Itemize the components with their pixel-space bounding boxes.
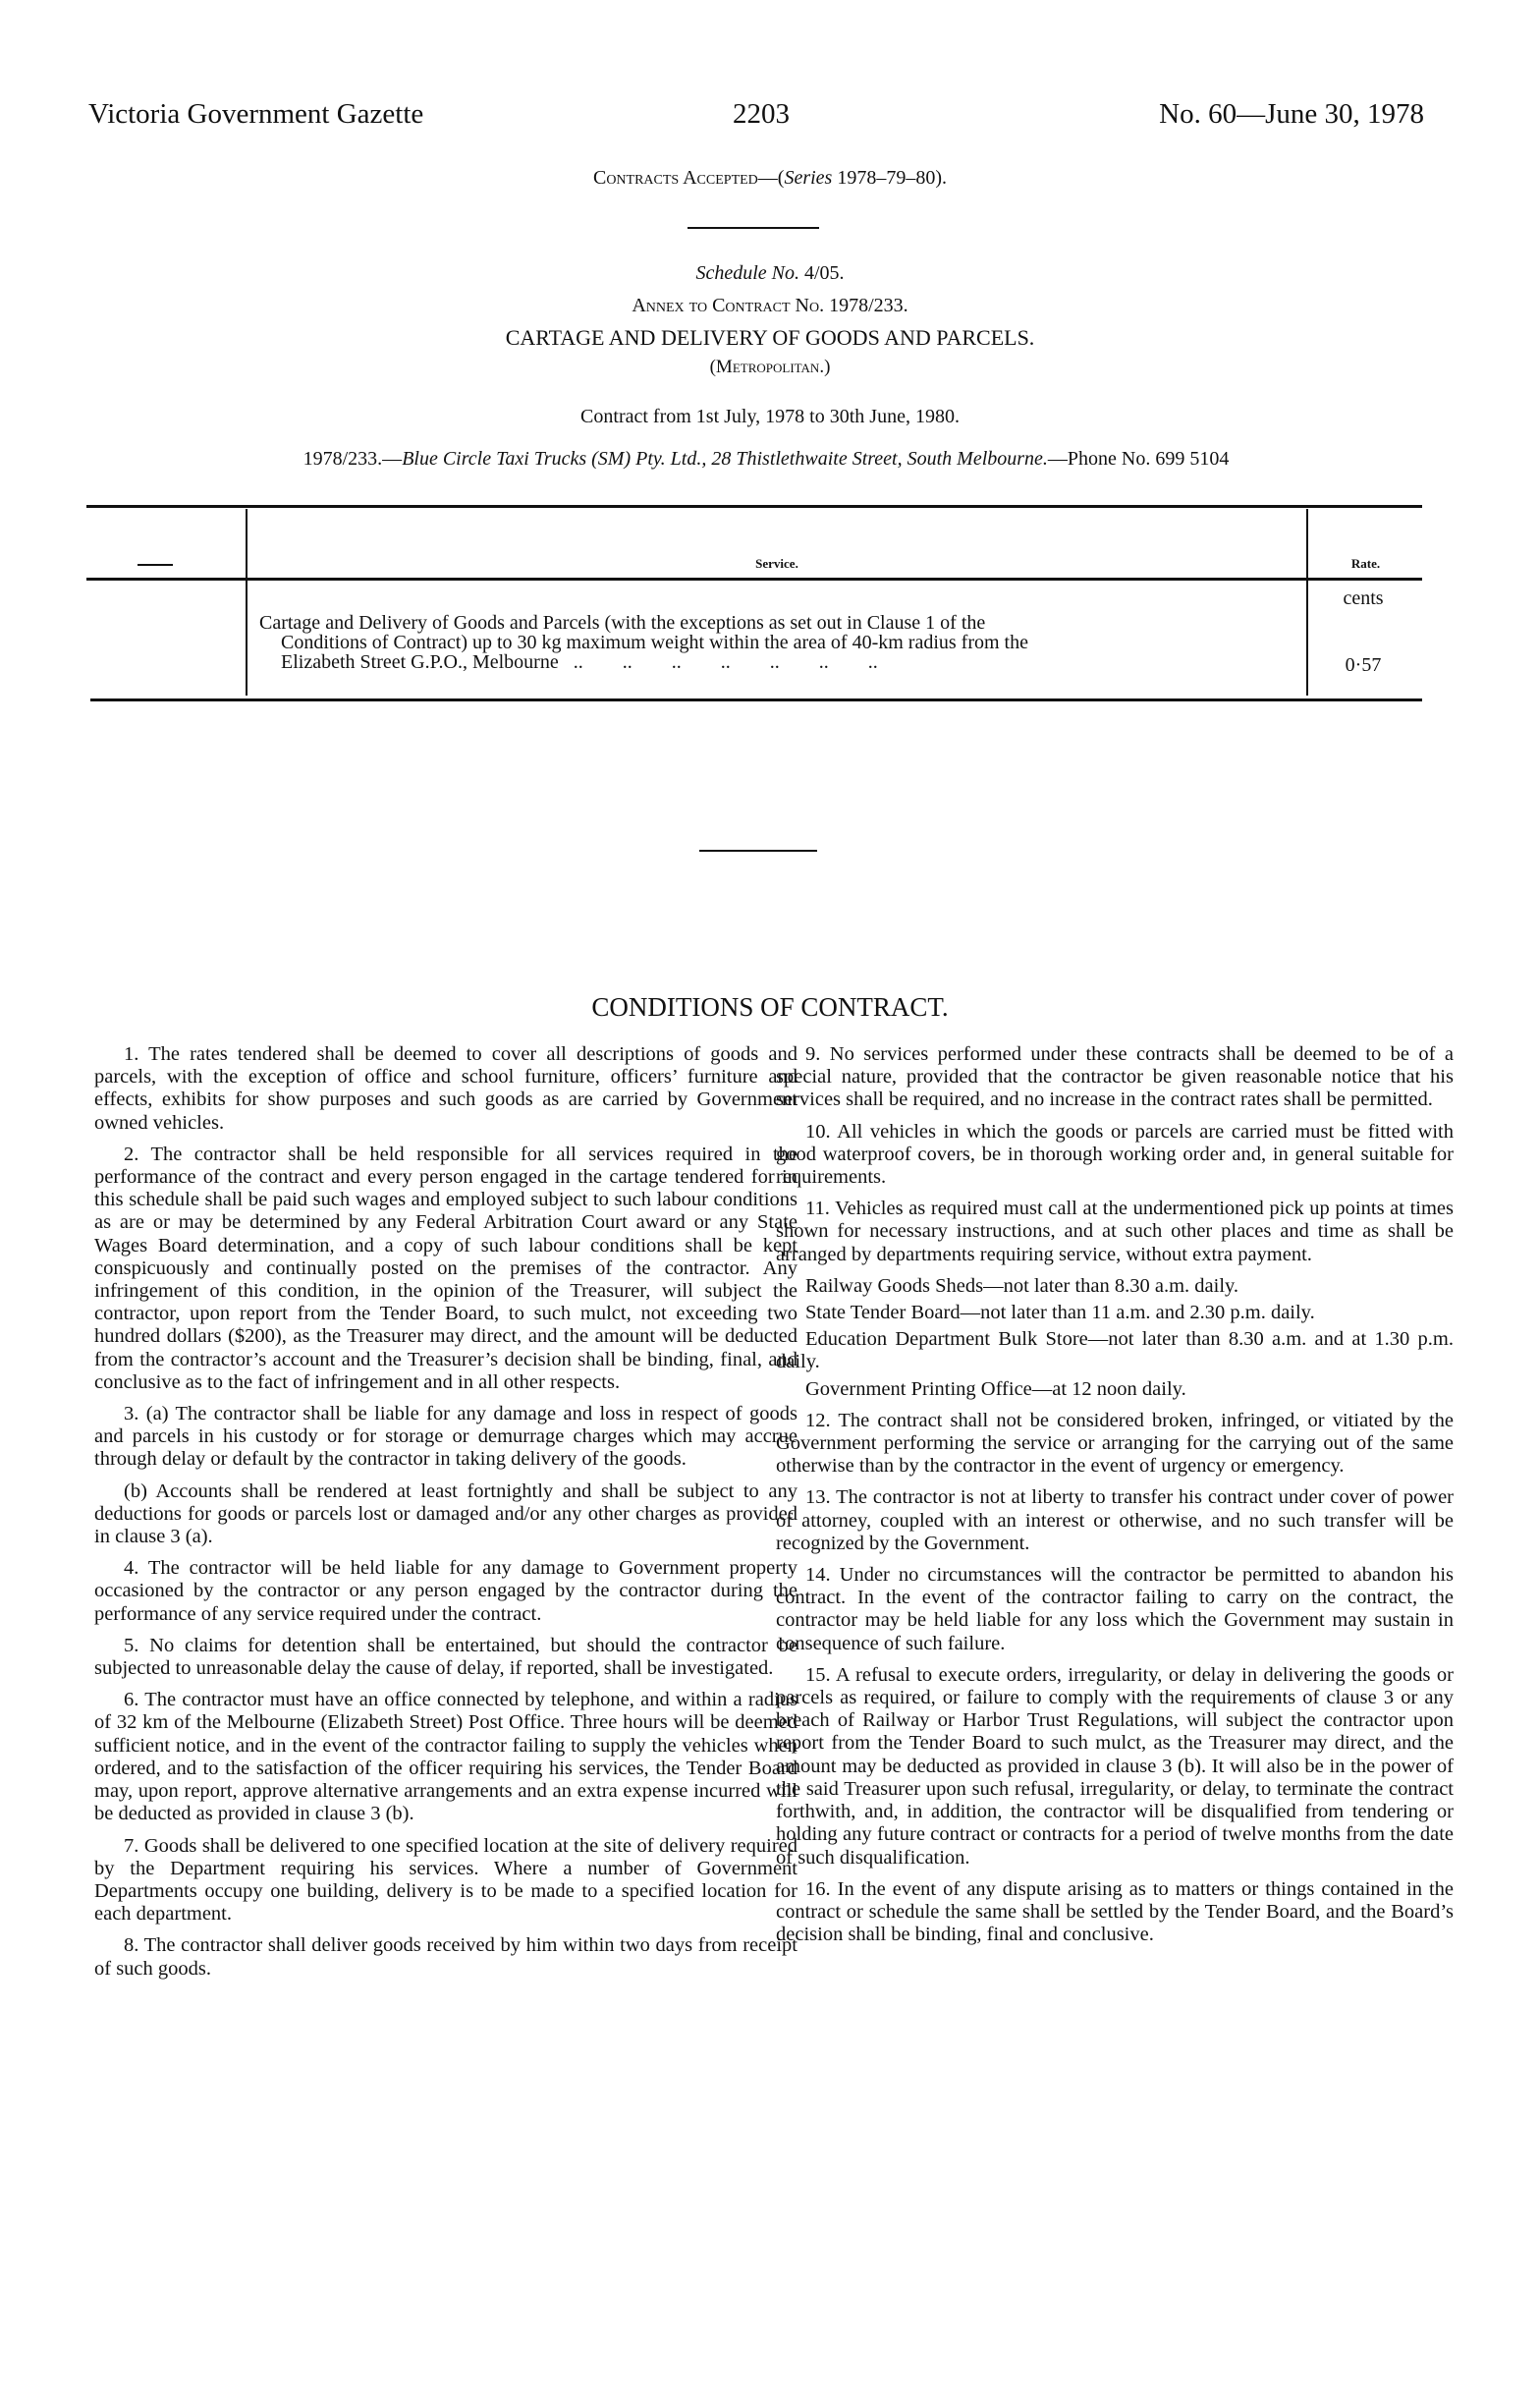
table-header-rate: Rate.	[1309, 556, 1422, 572]
condition-paragraph: 10. All vehicles in which the goods or p…	[776, 1121, 1454, 1190]
condition-paragraph: 14. Under no circumstances will the cont…	[776, 1564, 1454, 1655]
schedule-label: Schedule No.	[695, 262, 799, 284]
condition-paragraph: 16. In the event of any dispute arising …	[776, 1878, 1454, 1947]
schedule-title: CARTAGE AND DELIVERY OF GOODS AND PARCEL…	[0, 325, 1540, 351]
publication-title: Victoria Government Gazette	[88, 98, 423, 131]
dot-leader: .. .. .. .. .. .. ..	[559, 651, 878, 673]
condition-paragraph: 6. The contractor must have an office co…	[94, 1689, 797, 1825]
conditions-left-column: 1. The rates tendered shall be deemed to…	[94, 1043, 797, 1989]
issue-date: No. 60—June 30, 1978	[1159, 98, 1424, 131]
section-series-label: Series	[784, 167, 832, 189]
table-row-service: Cartage and Delivery of Goods and Parcel…	[259, 613, 1281, 672]
condition-paragraph: 4. The contractor will be held liable fo…	[94, 1557, 797, 1626]
condition-paragraph: (b) Accounts shall be rendered at least …	[94, 1480, 797, 1549]
condition-paragraph: Railway Goods Sheds—not later than 8.30 …	[776, 1275, 1454, 1298]
condition-paragraph: 8. The contractor shall deliver goods re…	[94, 1934, 797, 1980]
condition-paragraph: Education Department Bulk Store—not late…	[776, 1328, 1454, 1373]
condition-paragraph: 15. A refusal to execute orders, irregul…	[776, 1664, 1454, 1870]
table-divider-2	[1306, 509, 1308, 696]
section-title: Contracts Accepted—(Series 1978–79–80).	[0, 167, 1540, 190]
service-line-2: Conditions of Contract) up to 30 kg maxi…	[259, 633, 1281, 652]
table-divider-1	[246, 509, 247, 696]
divider-rule-2	[699, 850, 817, 852]
contract-period: Contract from 1st July, 1978 to 30th Jun…	[0, 406, 1540, 428]
schedule-subtitle: (Metropolitan.)	[0, 357, 1540, 378]
schedule-number: Schedule No. 4/05.	[0, 262, 1540, 285]
condition-paragraph: State Tender Board—not later than 11 a.m…	[776, 1302, 1454, 1324]
conditions-title: CONDITIONS OF CONTRACT.	[0, 992, 1540, 1023]
annex-line: Annex to Contract No. 1978/233.	[0, 295, 1540, 317]
table-header-service: Service.	[247, 556, 1306, 572]
rate-value: 0·57	[1314, 654, 1412, 677]
conditions-right-column: 9. No services performed under these con…	[776, 1043, 1454, 1955]
divider-rule	[687, 227, 819, 229]
contractor-name: Blue Circle Taxi Trucks (SM) Pty. Ltd., …	[402, 448, 1048, 470]
contractor-number: 1978/233.—	[303, 448, 403, 470]
section-title-main: Contracts Accepted—(	[593, 167, 784, 189]
rate-unit: cents	[1314, 587, 1412, 610]
condition-paragraph: 2. The contractor shall be held responsi…	[94, 1144, 797, 1394]
condition-paragraph: 3. (a) The contractor shall be liable fo…	[94, 1403, 797, 1472]
condition-paragraph: Government Printing Office—at 12 noon da…	[776, 1378, 1454, 1401]
table-bottom-border	[90, 698, 1422, 701]
service-line-3: Elizabeth Street G.P.O., Melbourne .. ..…	[259, 652, 1281, 672]
table-header-border	[86, 578, 1422, 581]
schedule-value: 4/05.	[799, 262, 845, 284]
condition-paragraph: 12. The contract shall not be considered…	[776, 1410, 1454, 1479]
service-line-3-text: Elizabeth Street G.P.O., Melbourne	[281, 651, 559, 673]
condition-paragraph: 9. No services performed under these con…	[776, 1043, 1454, 1112]
service-line-1: Cartage and Delivery of Goods and Parcel…	[259, 613, 1281, 633]
condition-paragraph: 5. No claims for detention shall be ente…	[94, 1635, 797, 1680]
contractor-phone: —Phone No. 699 5104	[1048, 448, 1229, 470]
condition-paragraph: 1. The rates tendered shall be deemed to…	[94, 1043, 797, 1135]
condition-paragraph: 13. The contractor is not at liberty to …	[776, 1486, 1454, 1555]
condition-paragraph: 7. Goods shall be delivered to one speci…	[94, 1835, 797, 1926]
table-top-border	[86, 505, 1422, 508]
section-series-value: 1978–79–80).	[832, 167, 947, 189]
page-number: 2203	[687, 98, 835, 131]
condition-paragraph: 11. Vehicles as required must call at th…	[776, 1198, 1454, 1266]
contractor-line: 1978/233.—Blue Circle Taxi Trucks (SM) P…	[157, 448, 1375, 471]
rates-table: Service. Rate. Cartage and Delivery of G…	[86, 505, 1422, 701]
table-header-dash	[137, 564, 173, 566]
